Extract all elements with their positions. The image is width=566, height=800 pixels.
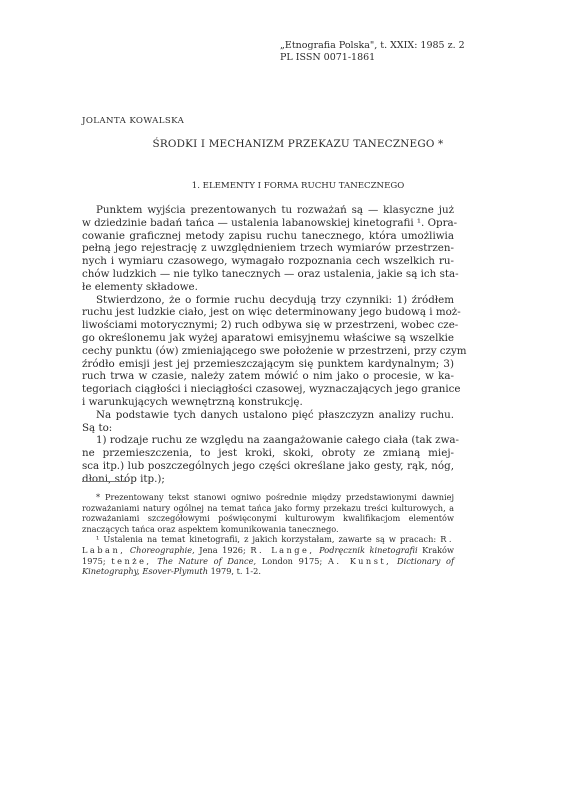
body-line: Są to: — [82, 422, 454, 435]
body-line: ruchu jest ludzkie ciało, jest on więc d… — [82, 306, 454, 319]
footnote-marker: ¹ — [96, 534, 99, 544]
body-line: cechy punktu (ów) zmieniającego swe poło… — [82, 345, 454, 358]
article-title: ŚRODKI I MECHANIZM PRZEKAZU TANECZNEGO * — [0, 138, 566, 150]
journal-header: „Etnografia Polska", t. XXIX: 1985 z. 2 … — [280, 40, 465, 64]
section-heading: 1. ELEMENTY I FORMA RUCHU TANECZNEGO — [0, 181, 566, 191]
footnote-text: Prezentowany tekst stanowi ogniwo pośred… — [82, 492, 454, 534]
body-line: sca itp.) lub poszczególnych jego części… — [82, 460, 454, 473]
body-line: źródło emisji jest jej przemieszczającym… — [82, 358, 454, 371]
body-line: cowanie graficznej metody zapisu ruchu t… — [82, 230, 454, 243]
ref-author: A. Kunst, — [328, 556, 391, 566]
ref-details: 1979, t. 1-2. — [211, 566, 261, 576]
footnote-divider — [82, 481, 126, 482]
body-line: nych i wymiaru czasowego, wymagało rozpo… — [82, 255, 454, 268]
body-line: chów ludzkich — nie tylko tanecznych — o… — [82, 268, 454, 281]
ref-title: Choreographie, — [130, 545, 195, 555]
body-line: Punktem wyjścia prezentowanych tu rozważ… — [82, 204, 454, 217]
ref-author: R. Lange, — [250, 545, 314, 555]
body-line: liwościami motorycznymi; 2) ruch odbywa … — [82, 319, 454, 332]
issn: PL ISSN 0071-1861 — [280, 52, 465, 64]
body-line: ne przemieszczenia, to jest kroki, skoki… — [82, 447, 454, 460]
footnote-star: * Prezentowany tekst stanowi ogniwo pośr… — [82, 492, 454, 534]
journal-citation: „Etnografia Polska", t. XXIX: 1985 z. 2 — [280, 40, 465, 52]
body-line: i warunkujących wewnętrzną konstrukcję. — [82, 396, 454, 409]
body-line: pełną jego rejestrację z uwzględnieniem … — [82, 242, 454, 255]
body-line: tegoriach ciągłości i nieciągłości czaso… — [82, 383, 454, 396]
body-line: łe elementy składowe. — [82, 281, 454, 294]
document-page: „Etnografia Polska", t. XXIX: 1985 z. 2 … — [0, 0, 566, 800]
ref-details: Jena 1926; — [199, 545, 245, 555]
body-line: dłoni, stóp itp.); — [82, 473, 454, 486]
body-text: Punktem wyjścia prezentowanych tu rozważ… — [82, 204, 454, 486]
ref-author: tenże, — [111, 556, 151, 566]
footnote-1: ¹ Ustalenia na temat kinetografii, z jak… — [82, 534, 454, 576]
body-line: w dziedzinie badań tańca — ustalenia lab… — [82, 217, 454, 230]
footnote-intro: Ustalenia na temat kinetografii, z jakic… — [103, 534, 436, 544]
body-line: ruch trwa w czasie, należy zatem mówić o… — [82, 370, 454, 383]
ref-title: Podręcznik kinetografii — [319, 545, 417, 555]
footnote-marker: * — [96, 492, 100, 502]
ref-details: London 9175; — [262, 556, 322, 566]
body-line: 1) rodzaje ruchu ze względu na zaangażow… — [82, 434, 454, 447]
body-line: Na podstawie tych danych ustalono pięć p… — [82, 409, 454, 422]
body-line: go określonemu jak wyżej aparatowi emisy… — [82, 332, 454, 345]
author-name: JOLANTA KOWALSKA — [82, 116, 184, 126]
ref-title: The Nature of Dance, — [157, 556, 256, 566]
body-line: Stwierdzono, że o formie ruchu decydują … — [82, 294, 454, 307]
footnotes: * Prezentowany tekst stanowi ogniwo pośr… — [82, 492, 454, 577]
